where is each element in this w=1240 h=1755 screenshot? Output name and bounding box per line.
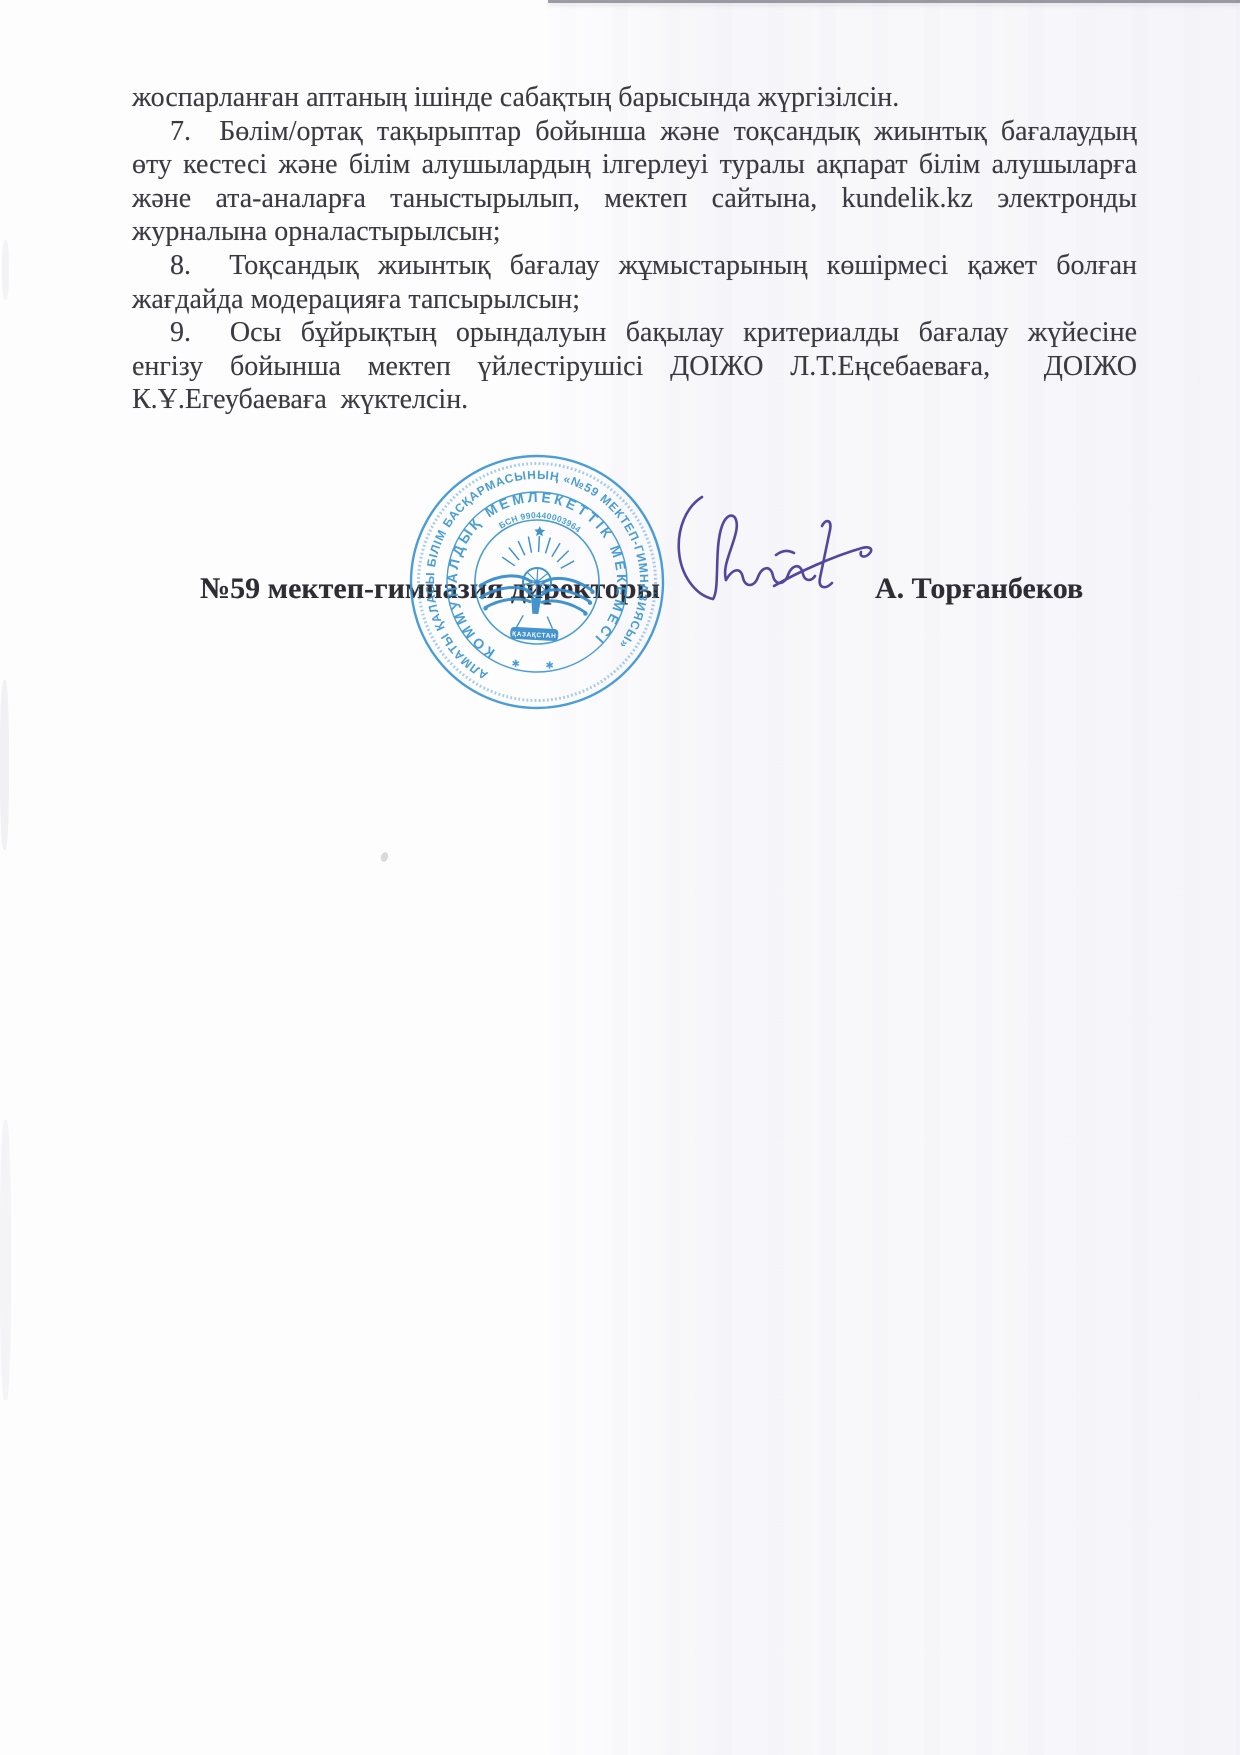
document-line: жағдайда модерацияға тапсырылсын; [132,283,1137,317]
document-line: өту кестесі және білім алушылардың ілгер… [132,148,1137,182]
signer-name: А. Торғанбеков [875,572,1083,606]
document-line: 9. Осы бұйрықтың орындалуын бақылау крит… [132,316,1137,350]
tulpar-wing-right [541,578,595,617]
signature-ink [656,462,896,622]
signature-stroke [726,566,815,585]
scan-smudge [2,240,9,300]
document-body: жоспарланған аптаның ішінде сабақтың бар… [132,81,1137,417]
emblem-stand [530,598,541,615]
stamp-separator-icon: ✱ [511,659,520,670]
stamp-separator-icon: ✱ [545,661,554,672]
document-line: К.Ұ.Егеубаеваға жүктелсін. [132,383,1137,417]
signature-stroke [776,551,794,555]
document-line: 7. Бөлім/ортақ тақырыптар бойынша және т… [132,115,1137,149]
scanned-document-page: жоспарланған аптаның ішінде сабақтың бар… [0,0,1240,1755]
document-line: және ата-аналарға таныстырылып, мектеп с… [132,182,1137,216]
signature-stroke [713,516,737,599]
stamp-seal-graphic: АЛМАТЫ ҚАЛАСЫ БІЛІМ БАСҚАРМАСЫНЫҢ «№59 М… [407,452,667,712]
official-stamp: АЛМАТЫ ҚАЛАСЫ БІЛІМ БАСҚАРМАСЫНЫҢ «№59 М… [407,452,667,712]
scan-smudge [0,1120,11,1400]
scan-smudge [0,680,9,850]
document-line: 8. Тоқсандық жиынтық бағалау жұмыстарыны… [132,249,1137,283]
signature-stroke [820,521,832,587]
scan-ink-dot [380,851,390,863]
scan-edge-artifact [548,0,1240,3]
star-icon [534,526,545,537]
document-line: жоспарланған аптаның ішінде сабақтың бар… [132,81,1137,115]
document-line: журналына орналастырылсын; [132,215,1137,249]
document-line: енгізу бойынша мектеп үйлестірушісі ДОІЖ… [132,350,1137,384]
shanyrak-icon [522,567,551,596]
sun-rays [502,534,576,569]
signature-graphic [656,462,896,622]
kazakhstan-emblem-icon: ҚАЗАҚСТАН [476,523,598,643]
signature-stroke [679,497,713,599]
